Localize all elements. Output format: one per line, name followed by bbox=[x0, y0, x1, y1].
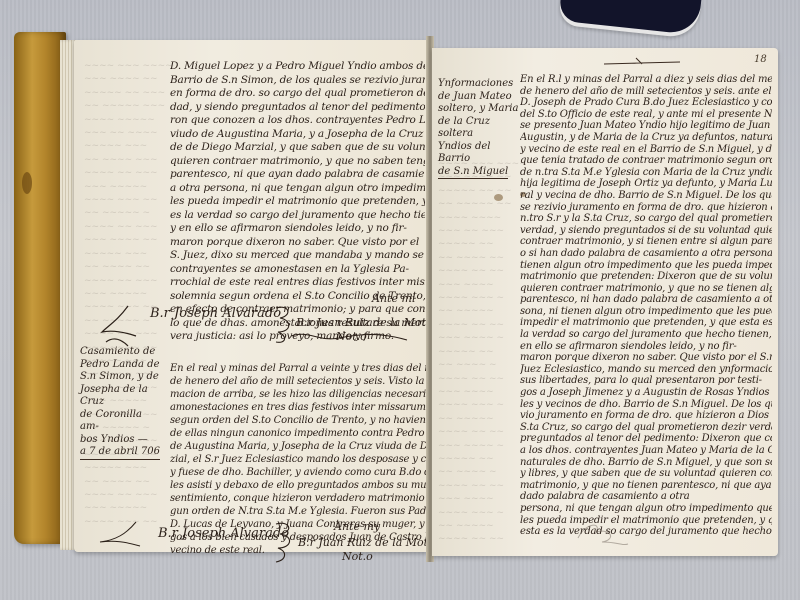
text-line: viudo de Augustina Maria, y a Josepha de… bbox=[170, 128, 425, 142]
text-line: de ellas ningun canonico impedimento con… bbox=[170, 427, 426, 440]
header-rule-icon bbox=[602, 56, 682, 68]
text-line: maron porque dixeron no saber. Que visto… bbox=[520, 352, 772, 364]
text-line: impedir el matrimonio que pretenden, y q… bbox=[520, 317, 772, 329]
text-line: de n.tra S.ta M.e Yglesia con Maria de l… bbox=[520, 167, 772, 179]
ante-my-label: Ante my bbox=[334, 520, 380, 533]
text-line: Barrio de S.n Simon, de los quales se re… bbox=[170, 74, 425, 88]
text-line: naturales de dho. Barrio de S.n Miguel, … bbox=[520, 457, 772, 469]
text-line: En el real y minas del Parral a veinte y… bbox=[170, 362, 426, 375]
text-line: esta es la verdad so cargo del juramento… bbox=[520, 526, 772, 538]
text-line: matrimonio, y que no tienen parentesco, … bbox=[520, 480, 772, 492]
vellum-binding-spine bbox=[14, 32, 66, 544]
text-line: n.tro S.r y la S.ta Cruz, so cargo del q… bbox=[520, 213, 772, 225]
text-line: se rezivio juramento en forma de dro. qu… bbox=[520, 202, 772, 214]
text-line: macion de arriba, se les hizo las dilige… bbox=[170, 388, 426, 401]
left-page: ~~~~ ~~~ ~~~~~~~~ ~~~~ ~~~~~~~ ~~ ~~~~~ … bbox=[74, 40, 428, 552]
text-line: sentimiento, conque hizieron verdadero m… bbox=[170, 492, 426, 505]
text-line: gun orden de N.tra S.ta M.e Yglesia. Fue… bbox=[170, 505, 426, 518]
text-line: gos a Joseph Jimenez y a Augustin de Ros… bbox=[520, 387, 772, 399]
text-line: se presento Juan Mateo Yndio hijo legiti… bbox=[520, 120, 772, 132]
text-line: quieren contraer matrimonio, y que no se… bbox=[520, 283, 772, 295]
margin-line: S.n Simon, y de bbox=[80, 371, 160, 384]
text-line: y vecino de este real en el Barrio de S.… bbox=[520, 144, 772, 156]
margin-line: Casamiento de bbox=[80, 346, 160, 359]
text-line: y fuese de dho. Bachiller, y aviendo com… bbox=[170, 466, 426, 479]
notary-signature-2: B.r Juan Ruiz de la Mota bbox=[298, 536, 435, 549]
text-line: les pueda impedir el matrimonio que pret… bbox=[170, 195, 425, 209]
text-line: rrochial de este real entres dias festiv… bbox=[170, 276, 425, 290]
text-line: D. Miguel Lopez y a Pedro Miguel Yndio a… bbox=[170, 60, 425, 74]
left-margin-note: Casamiento de Pedro Landa de S.n Simon, … bbox=[80, 346, 160, 460]
text-line: contraer matrimonio, y si tienen entre s… bbox=[520, 236, 772, 248]
text-line: maron porque dixeron no saber. Que visto… bbox=[170, 236, 425, 250]
rubric-flourish-icon bbox=[98, 302, 142, 352]
text-line: dado palabra de casamiento a otra bbox=[520, 491, 772, 503]
text-line: de de Diego Marzial, y que saben que de … bbox=[170, 141, 425, 155]
margin-line: de Coronilla am- bbox=[80, 409, 160, 434]
text-line: o si han dado palabra de casamiento a ot… bbox=[520, 248, 772, 260]
folio-number: 18 bbox=[754, 54, 767, 65]
text-line: amonestaciones en tres dias festivos int… bbox=[170, 401, 426, 414]
text-line: ral y vecina de dho. Barrio de S.n Migue… bbox=[520, 190, 772, 202]
margin-line: de Juan Mateo bbox=[438, 91, 520, 104]
text-line: segun orden del S.to Concilio de Trento,… bbox=[170, 414, 426, 427]
text-line: matrimonio que pretenden: Dixeron que de… bbox=[520, 271, 772, 283]
text-line: Augustin, y de Maria de la Cruz ya defun… bbox=[520, 132, 772, 144]
text-line: en ello se afirmaron siendoles leido, y … bbox=[520, 341, 772, 353]
margin-line: Josepha de la Cruz bbox=[80, 384, 160, 409]
signature-rubric-icon bbox=[272, 518, 298, 564]
text-line: a los dhos. contrayentes Juan Mateo y Ma… bbox=[520, 445, 772, 457]
margin-line: de la Cruz soltera bbox=[438, 116, 520, 141]
text-line: persona, ni que tengan algun otro impedi… bbox=[520, 503, 772, 515]
text-line: D. Joseph de Prado Cura B.do Juez Eclesi… bbox=[520, 97, 772, 109]
text-line: les pueda impedir el matrimonio que pret… bbox=[520, 515, 772, 527]
text-line: que tenia tratado de contraer matrimonio… bbox=[520, 155, 772, 167]
rubric-flourish-icon bbox=[96, 520, 146, 550]
text-line: del S.to Officio de este real, y ante mi… bbox=[520, 109, 772, 121]
text-line: en forma de dro. so cargo del qual prome… bbox=[170, 87, 425, 101]
right-page: 18 Ynformaciones de Juan Mateo soltero, … bbox=[432, 48, 778, 556]
bleed-through-text-left: ~~~~ ~~~ ~~~~~~~~ ~~~~ ~~~~~~~ ~~ ~~~~~ … bbox=[84, 60, 174, 530]
text-line: hija legitima de Joseph Ortiz ya defunto… bbox=[520, 178, 772, 190]
text-line: parentesco, ni que ayan dado palabra de … bbox=[170, 168, 425, 182]
text-line: zial, el S.r Juez Eclesiastico mando los… bbox=[170, 453, 426, 466]
text-line: y libres, y que saben que de su voluntad… bbox=[520, 468, 772, 480]
text-line: la verdad so cargo del juramento que hec… bbox=[520, 329, 772, 341]
text-line: de henero del año de mill setecientos y … bbox=[170, 375, 426, 388]
priest-signature: B.r Joseph Alvarado bbox=[150, 306, 281, 321]
margin-line: Ynformaciones bbox=[438, 78, 520, 91]
ante-mi-label: Ante mi bbox=[372, 292, 415, 305]
ink-stain bbox=[494, 194, 503, 201]
text-line: quieren contraer matrimonio, y que no sa… bbox=[170, 155, 425, 169]
text-line: verdad, y siendo preguntados si de su vo… bbox=[520, 225, 772, 237]
text-line: dad, y siendo preguntados al tenor del p… bbox=[170, 101, 425, 115]
notary-flourish-icon bbox=[289, 328, 409, 346]
text-line: de henero del año de mill setecientos y … bbox=[520, 86, 772, 98]
text-line: S.ta Cruz, so cargo del qual prometieron… bbox=[520, 422, 772, 434]
text-line: parentesco, ni han dado palabra de casam… bbox=[520, 294, 772, 306]
text-line: En el R.l y minas del Parral a diez y se… bbox=[520, 74, 772, 86]
dark-folder-corner bbox=[558, 0, 701, 35]
text-line: S. Juez, dixo su merced que mandaba y ma… bbox=[170, 249, 425, 263]
text-line: les asisti y debaxo de ello preguntados … bbox=[170, 479, 426, 492]
text-line: a otra persona, ni que tengan algun otro… bbox=[170, 182, 425, 196]
text-line: de Augustina Maria, y Josepha de la Cruz… bbox=[170, 440, 426, 453]
margin-line: bos Yndios — bbox=[80, 434, 160, 447]
text-line: contrayentes se amonestasen en la Yglesi… bbox=[170, 263, 425, 277]
text-line: les y vecinos de dho. Barrio de S.n Migu… bbox=[520, 399, 772, 411]
text-line: sus libertades, para lo qual presentaron… bbox=[520, 375, 772, 387]
notary-title-2: Not.o bbox=[342, 550, 373, 563]
text-line: sona, ni tienen algun otro impedimento q… bbox=[520, 306, 772, 318]
text-line: es la verdad so cargo del juramento que … bbox=[170, 209, 425, 223]
text-line: y en ello se afirmaron siendoles leido, … bbox=[170, 222, 425, 236]
margin-date: a 7 de abril 706 bbox=[80, 446, 160, 460]
bleed-through-text-right: ~~~~ ~~~ ~~~~~~~ ~~~~ ~~~~~~~ ~~ ~~~~ ~~… bbox=[438, 158, 528, 558]
text-line: tienen algun otro impedimento que les pu… bbox=[520, 260, 772, 272]
faint-rubric-icon bbox=[572, 518, 632, 548]
margin-line: Pedro Landa de bbox=[80, 359, 160, 372]
priest-signature-2: B.r Joseph Alvarado bbox=[158, 526, 289, 541]
text-line: ron que conozen a los dhos. contrayentes… bbox=[170, 114, 425, 128]
text-line: Juez Eclesiastico, mando su merced den y… bbox=[520, 364, 772, 376]
marriage-information-text: En el R.l y minas del Parral a diez y se… bbox=[520, 74, 772, 538]
text-line: preguntados al tenor del pedimento: Dixe… bbox=[520, 433, 772, 445]
text-line: vio juramento en forma de dro. que hizie… bbox=[520, 410, 772, 422]
margin-line: soltero, y Maria bbox=[438, 103, 520, 116]
